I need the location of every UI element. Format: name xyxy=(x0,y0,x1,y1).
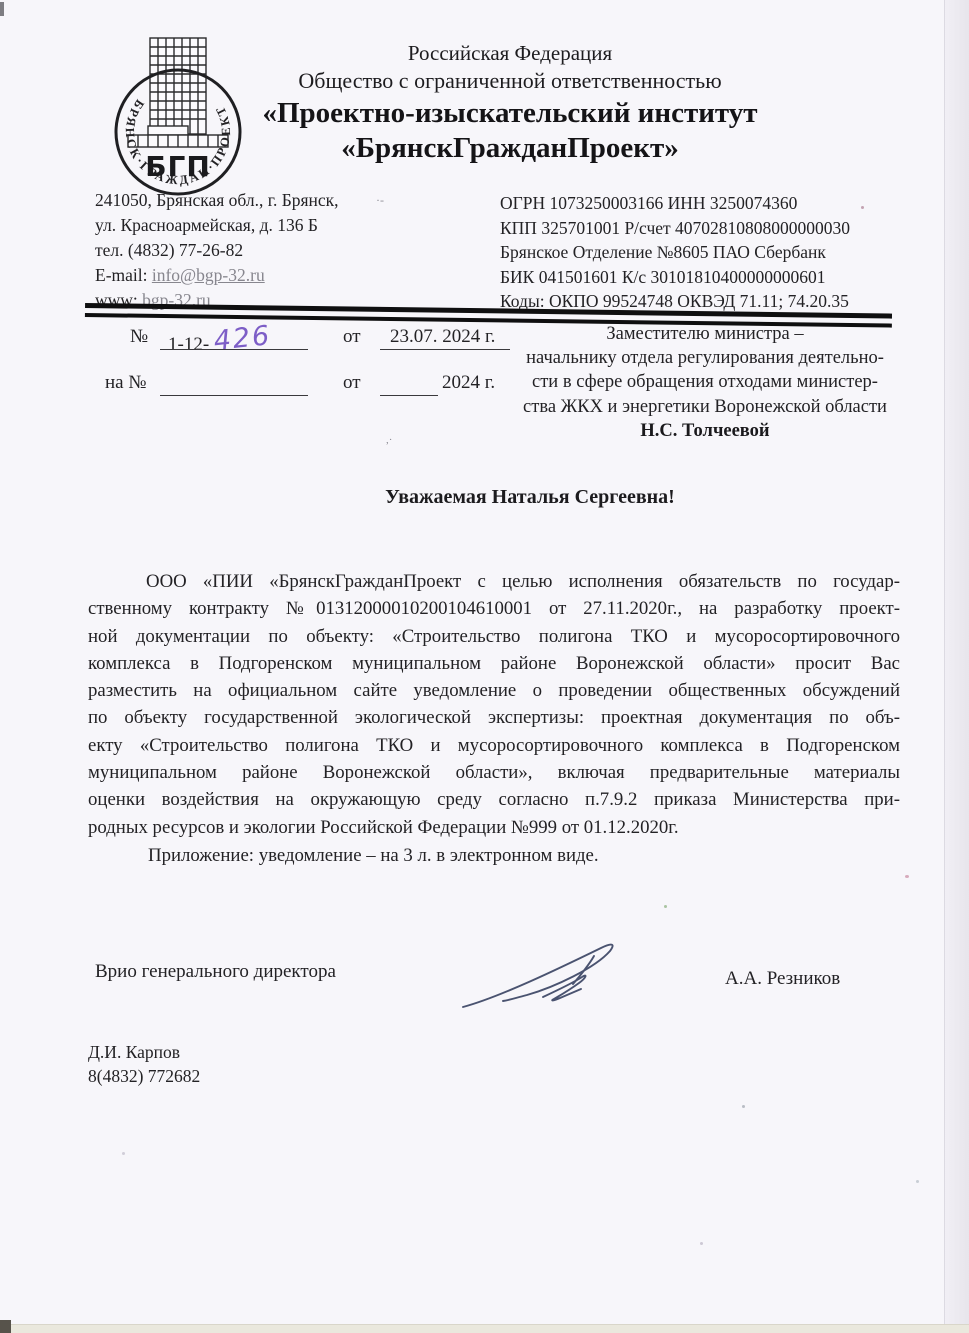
attachment-note: Приложение: уведомление – на 3 л. в элек… xyxy=(88,845,900,867)
scan-corner-mark xyxy=(0,1320,11,1333)
letterhead: Российская Федерация Общество с ограниче… xyxy=(160,40,860,166)
bank-line: Брянское Отделение №8605 ПАО Сбербанк xyxy=(500,240,930,265)
email-link: info@bgp-32.ru xyxy=(152,265,265,285)
org-name-line1: «Проектно-изыскательский институт xyxy=(160,96,860,130)
executor-phone: 8(4832) 772682 xyxy=(88,1064,200,1088)
email-label: E-mail: xyxy=(95,265,152,285)
body-line: по объекту государственной экологической… xyxy=(88,704,900,731)
scan-edge-right xyxy=(944,0,969,1333)
body-line: ной документации по объекту: «Строительс… xyxy=(88,623,900,650)
address-line2: ул. Красноармейская, д. 136 Б xyxy=(95,213,485,238)
phone-line: тел. (4832) 77-26-82 xyxy=(95,238,485,263)
incoming-year: 2024 г. xyxy=(442,372,495,394)
body-line: ООО «ПИИ «БрянскГражданПроект с целью ис… xyxy=(88,568,900,595)
body-line: екту «Строительство полигона ТКО и мусор… xyxy=(88,732,900,759)
executor-name: Д.И. Карпов xyxy=(88,1040,200,1064)
scanned-letter-page: БРЯНСК·ГРАЖДАН·ПРОЕКТ БГП Российская Фед… xyxy=(0,0,969,1333)
letter-body: ООО «ПИИ «БрянскГражданПроект с целью ис… xyxy=(88,568,900,841)
body-line: комплекса в Подгоренском муниципальном р… xyxy=(88,650,900,677)
body-line: родных ресурсов и экологии Российской Фе… xyxy=(88,814,900,841)
scan-top-mark xyxy=(0,2,4,16)
incoming-date-underline xyxy=(380,372,438,396)
ot-label-1: от xyxy=(343,326,361,348)
recipient-line2: начальнику отдела регулирования деятельн… xyxy=(495,346,915,370)
org-type-title: Общество с ограниченной ответственностью xyxy=(160,66,860,96)
recipient-line4: ства ЖКХ и энергетики Воронежской област… xyxy=(495,395,915,419)
ot-label-2: от xyxy=(343,372,361,394)
email-line: E-mail: info@bgp-32.ru xyxy=(95,263,485,288)
signer-name: А.А. Резников xyxy=(725,968,840,990)
outgoing-number-label: № xyxy=(130,326,148,348)
incoming-number-underline xyxy=(160,372,308,396)
outgoing-number-underline xyxy=(160,326,308,350)
scan-edge-bottom xyxy=(0,1324,969,1333)
body-line: ственному контракту №0131200001020010461… xyxy=(88,595,900,622)
recipient-line3: сти в сфере обращения отходами министер- xyxy=(495,370,915,394)
contact-block: 241050, Брянская обл., г. Брянск, ул. Кр… xyxy=(95,188,485,313)
body-line: муниципальном районе Воронежской области… xyxy=(88,759,900,786)
executor-block: Д.И. Карпов 8(4832) 772682 xyxy=(88,1040,200,1088)
kpp-account-line: КПП 325701001 Р/счет 4070281080800000003… xyxy=(500,216,930,241)
ogrn-inn-line: ОГРН 1073250003166 ИНН 3250074360 xyxy=(500,191,930,216)
salutation: Уважаемая Наталья Сергеевна! xyxy=(290,486,770,509)
signature-stroke xyxy=(455,935,635,1015)
recipient-name: Н.С. Толчеевой xyxy=(495,419,915,443)
requisites-block: ОГРН 1073250003166 ИНН 3250074360 КПП 32… xyxy=(500,191,930,314)
ink-speck: ,· xyxy=(386,434,392,446)
body-line: оценки воздействия на окружающую среду с… xyxy=(88,786,900,813)
incoming-number-label: на № xyxy=(105,372,146,394)
ink-speck: ·- xyxy=(376,193,384,208)
outgoing-date: 23.07. 2024 г. xyxy=(390,326,495,348)
recipient-line1: Заместителю министра – xyxy=(495,322,915,346)
body-line: разместить на официальном сайте уведомле… xyxy=(88,677,900,704)
address-line1: 241050, Брянская обл., г. Брянск, xyxy=(95,188,485,213)
recipient-block: Заместителю министра – начальнику отдела… xyxy=(495,322,915,443)
signer-position: Врио генерального директора xyxy=(95,961,336,983)
bik-ks-line: БИК 041501601 К/с 30101810400000000601 xyxy=(500,265,930,290)
country-title: Российская Федерация xyxy=(160,40,860,66)
org-name-line2: «БрянскГражданПроект» xyxy=(160,130,860,166)
